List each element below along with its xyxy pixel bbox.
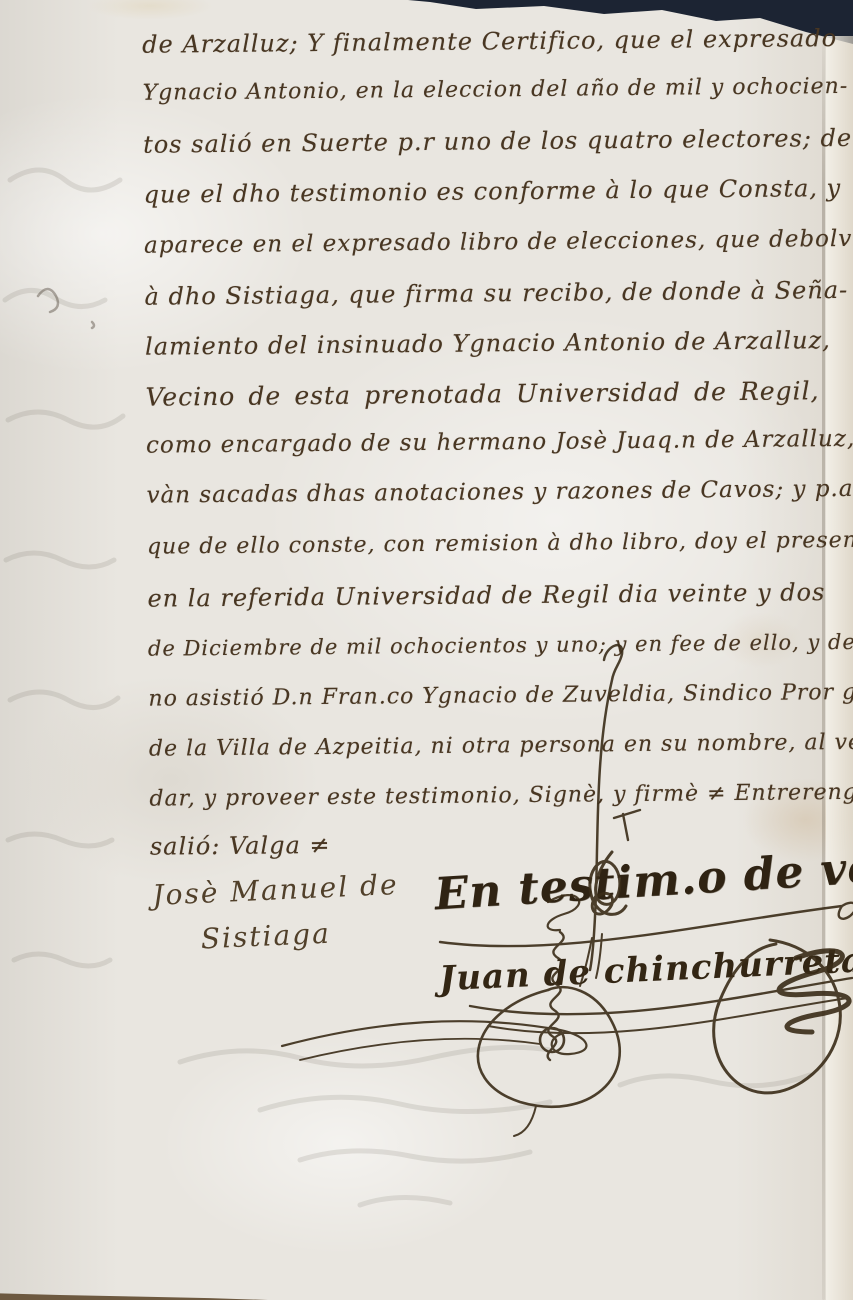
manuscript-line: vàn sacadas dhas anotaciones y razones d…	[146, 476, 820, 508]
signature-sistiaga-surname: Sistiaga	[200, 917, 331, 956]
manuscript-line: que el dho testimonio es conforme à lo q…	[143, 174, 817, 208]
manuscript-line: de Arzalluz; Y finalmente Certifico, que…	[142, 24, 816, 58]
manuscript-line: aparece en el expresado libro de eleccio…	[144, 226, 818, 258]
manuscript-line: dar, y proveer este testimonio, Signè, y…	[149, 780, 823, 811]
manuscript-page: de Arzalluz; Y finalmente Certifico, que…	[0, 0, 853, 1300]
manuscript-line: en la referida Universidad de Regil dia …	[147, 578, 821, 612]
manuscript-line: como encargado de su hermano Josè Juaq.n…	[146, 426, 820, 458]
signature-chinchurreta: Juan de chinchurreta	[438, 940, 853, 999]
manuscript-line: Ygnacio Antonio, en la eleccion del año …	[143, 74, 817, 105]
manuscript-line: Vecino de esta prenotada Universidad de …	[145, 376, 819, 411]
manuscript-line: de Diciembre de mil ochocientos y uno; y…	[148, 630, 822, 660]
manuscript-line: salió: Valga ≠	[150, 831, 331, 861]
manuscript-line: de la Villa de Azpeitia, ni otra persona…	[149, 730, 823, 761]
manuscript-line: à dho Sistiaga, que firma su recibo, de …	[144, 276, 818, 310]
manuscript-line: no asistió D.n Fran.co Ygnacio de Zuveld…	[148, 680, 822, 711]
notary-attestation: En testim.o de ver.d	[433, 838, 853, 921]
manuscript-line: tos salió en Suerte p.r uno de los quatr…	[143, 124, 817, 158]
signature-sistiaga-name: Josè Manuel de	[152, 868, 400, 912]
manuscript-text-block: de Arzalluz; Y finalmente Certifico, que…	[0, 0, 853, 1300]
manuscript-line: que de ello conste, con remision à dho l…	[147, 528, 821, 559]
manuscript-line: lamiento del insinuado Ygnacio Antonio d…	[145, 326, 819, 360]
